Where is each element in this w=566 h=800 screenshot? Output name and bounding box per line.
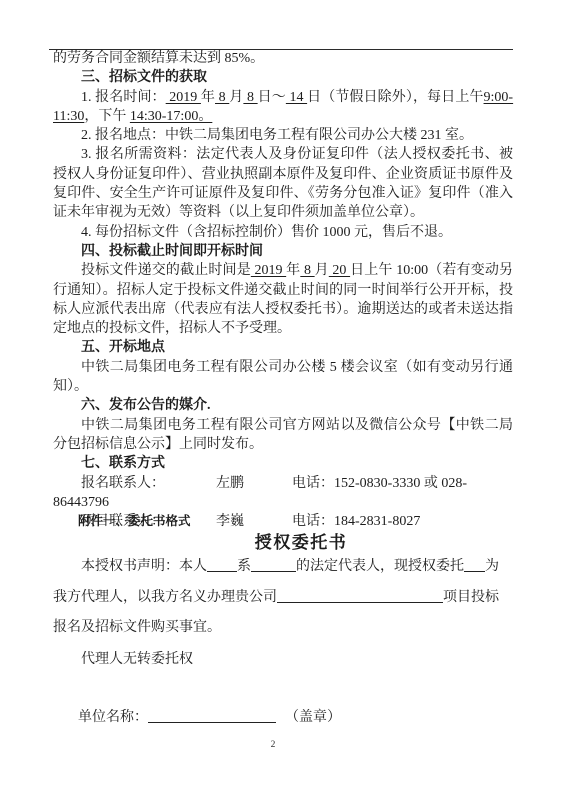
signup-day-start-value: 8: [243, 90, 257, 105]
no-sub-delegation-note: 代理人无转委托权: [81, 648, 193, 668]
signup-time-label: 1. 报名时间：: [81, 90, 166, 105]
deadline-month-value: 8: [300, 263, 314, 278]
section6-paragraph: 中铁二局集团电务工程有限公司官方网站以及微信公众号【中铁二局分包招标信息公示】上…: [53, 416, 513, 455]
day-range-separator: 日～: [258, 90, 286, 105]
document-body: 的劳务合同金额结算未达到 85%。 三、招标文件的获取 1. 报名时间： 201…: [53, 49, 513, 531]
poa-line3: 报名及招标文件购买事宜。: [53, 613, 523, 644]
section4-heading: 四、投标截止时间即开标时间: [53, 242, 513, 261]
section3-item2: 2. 报名地点：中铁二局集团电务工程有限公司办公大楼 231 室。: [53, 126, 513, 145]
contact-row-signup: 报名联系人：左鹏电话：152-0830-3330 或 028-86443796: [53, 474, 513, 513]
power-of-attorney-body: 本授权书声明：本人系的法定代表人，现授权委托为 我方代理人，以我方名义办理贵公司…: [53, 552, 523, 644]
blank-field-principal-name: [207, 557, 237, 572]
intro-paragraph: 的劳务合同金额结算未达到 85%。: [53, 49, 513, 68]
afternoon-label: ，下午: [84, 109, 130, 124]
month-unit: 月: [315, 263, 329, 278]
poa-line2: 我方代理人，以我方名义办理贵公司项目投标: [53, 583, 523, 614]
power-of-attorney-title: 授权委托书: [53, 528, 549, 553]
blank-field-company-name: [251, 557, 296, 572]
document-page: 的劳务合同金额结算未达到 85%。 三、招标文件的获取 1. 报名时间： 201…: [0, 0, 566, 800]
blank-field-project-name: [277, 588, 443, 603]
poa-as: 为: [485, 559, 499, 574]
year-unit: 年: [286, 263, 300, 278]
poa-agent-text: 我方代理人，以我方名义办理贵公司: [53, 590, 277, 605]
seal-label: （盖章）: [285, 710, 341, 725]
unit-name-row: 单位名称：（盖章）: [78, 706, 341, 726]
deadline-day-value: 20: [329, 263, 350, 278]
signup-afternoon-hours: 14:30-17:00。: [130, 109, 212, 124]
section4-paragraph: 投标文件递交的截止时间是 2019 年 8 月 20 日上午 10:00（若有变…: [53, 261, 513, 338]
section3-item3: 3. 报名所需资料：法定代表人及身份证复印件（法人授权委托书、被授权人身份证复印…: [53, 145, 513, 222]
unit-name-label: 单位名称：: [78, 710, 148, 725]
blank-field-unit-name: [148, 708, 276, 723]
signup-year-value: 2019: [166, 90, 201, 105]
signup-day-end-value: 14: [286, 90, 307, 105]
poa-project-bid-text: 项目投标: [443, 590, 499, 605]
section3-item1: 1. 报名时间： 2019 年 8 月 8 日～ 14 日（节假日除外），每日上…: [53, 88, 513, 127]
poa-legal-rep-text: 的法定代表人，现授权委托: [296, 559, 464, 574]
signup-time-note: 日（节假日除外），每日上午: [307, 90, 483, 105]
deadline-label: 投标文件递交的截止时间是: [81, 263, 251, 278]
signup-contact-name: 左鹏: [216, 474, 292, 493]
section5-heading: 五、开标地点: [53, 338, 513, 357]
attachment-heading: 附件一、委托书格式: [78, 511, 191, 529]
section3-item4: 4. 每份招标文件（含招标控制价）售价 1000 元，售后不退。: [53, 223, 513, 242]
project-contact-phone: 电话：184-2831-8027: [292, 514, 420, 529]
year-unit: 年: [201, 90, 215, 105]
poa-declaration-prefix: 本授权书声明：本人: [81, 559, 207, 574]
section5-paragraph: 中铁二局集团电务工程有限公司办公楼 5 楼会议室（如有变动另行通知）。: [53, 358, 513, 397]
section6-heading: 六、发布公告的媒介.: [53, 396, 513, 415]
section3-heading: 三、招标文件的获取: [53, 68, 513, 87]
section7-heading: 七、联系方式: [53, 454, 513, 473]
poa-line1: 本授权书声明：本人系的法定代表人，现授权委托为: [53, 552, 523, 583]
month-unit: 月: [229, 90, 243, 105]
page-number: 2: [264, 740, 282, 750]
blank-field-agent-name: [464, 557, 485, 572]
signup-contact-label: 报名联系人：: [81, 474, 216, 493]
poa-is-of: 系: [237, 559, 251, 574]
deadline-year-value: 2019: [251, 263, 286, 278]
signup-month-value: 8: [215, 90, 229, 105]
